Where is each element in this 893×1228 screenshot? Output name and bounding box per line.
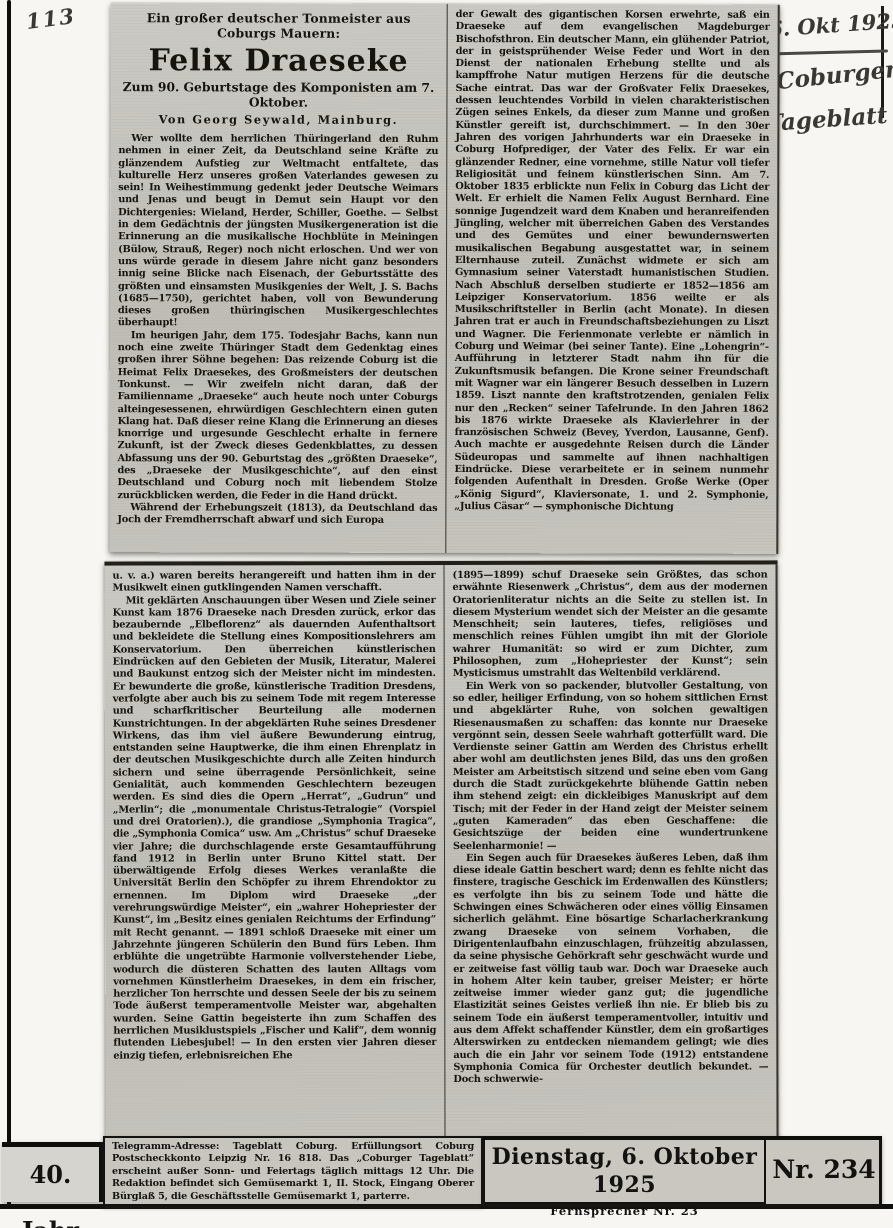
article-paragraph: Wer wollte dem herrlichen Thüringerland … bbox=[118, 133, 439, 331]
masthead-date-line: Dienstag, 6. Oktober 1925 bbox=[485, 1143, 764, 1199]
masthead-year-label: 40. Jahr bbox=[2, 1142, 103, 1202]
newspaper-clipping-1: Ein großer deutscher Tonmeister aus Cobu… bbox=[109, 3, 779, 554]
masthead-phone-line: Fernsprecher Nr. 23 bbox=[485, 1204, 764, 1219]
article-paragraph: u. v. a.) waren bereits herangereift und… bbox=[113, 570, 436, 595]
scanned-newspaper-page: 113 6. Okt 1925 Coburger Tageblatt Ein g… bbox=[0, 0, 893, 1228]
handwritten-date-note: 6. Okt 1925 bbox=[767, 7, 893, 42]
handwritten-source-line2: Tageblatt bbox=[765, 102, 888, 137]
masthead-issue-number: Nr. 234 bbox=[766, 1140, 882, 1204]
masthead-date-frame: Dienstag, 6. Oktober 1925 Fernsprecher N… bbox=[483, 1140, 766, 1204]
article-headline: Felix Draeseke bbox=[119, 43, 439, 79]
article-paragraph: Mit geklärten Anschauungen über Wesen un… bbox=[113, 595, 437, 1063]
newspaper-clipping-2: u. v. a.) waren bereits herangereift und… bbox=[104, 560, 778, 1139]
article-paragraph: Ein Werk von so packender, blutvoller Ge… bbox=[453, 680, 768, 853]
article-paragraph: (1895—1899) schuf Draeseke sein Größtes,… bbox=[453, 569, 768, 680]
masthead-date-clipping: Dienstag, 6. Oktober 1925 Fernsprecher N… bbox=[483, 1136, 882, 1204]
handwritten-source-line1: Coburger bbox=[775, 56, 893, 96]
clipping2-column-left: u. v. a.) waren bereits herangereift und… bbox=[105, 565, 446, 1140]
article-subtitle: Zum 90. Geburtstage des Komponisten am 7… bbox=[118, 79, 438, 110]
article-kicker: Ein großer deutscher Tonmeister aus Cobu… bbox=[119, 10, 439, 41]
handwritten-page-number: 113 bbox=[25, 3, 78, 34]
article-paragraph: Während der Erhebungszeit (1813), da Deu… bbox=[117, 502, 437, 527]
article-paragraph: Ein Segen auch für Draesekes äußeres Leb… bbox=[453, 852, 768, 1086]
article-paragraph: der Gewalt des gigantischen Korsen erweh… bbox=[454, 9, 769, 514]
scan-edge-left bbox=[7, 0, 11, 1206]
clipping2-column-right: (1895—1899) schuf Draeseke sein Größtes,… bbox=[445, 564, 779, 1139]
clipping1-column-right: der Gewalt des gigantischen Korsen erweh… bbox=[446, 4, 779, 554]
masthead-address-box: Telegramm-Adresse: Tageblatt Coburg. Erf… bbox=[103, 1136, 483, 1206]
masthead-address-text: Telegramm-Adresse: Tageblatt Coburg. Erf… bbox=[112, 1141, 474, 1203]
handwritten-underline bbox=[766, 49, 888, 55]
article-paragraph: Im heurigen Jahr, dem 175. Todesjahr Bac… bbox=[117, 330, 437, 503]
clipping1-column-left: Ein großer deutscher Tonmeister aus Cobu… bbox=[109, 3, 447, 553]
article-byline: Von Georg Seywald, Mainburg. bbox=[118, 112, 438, 127]
